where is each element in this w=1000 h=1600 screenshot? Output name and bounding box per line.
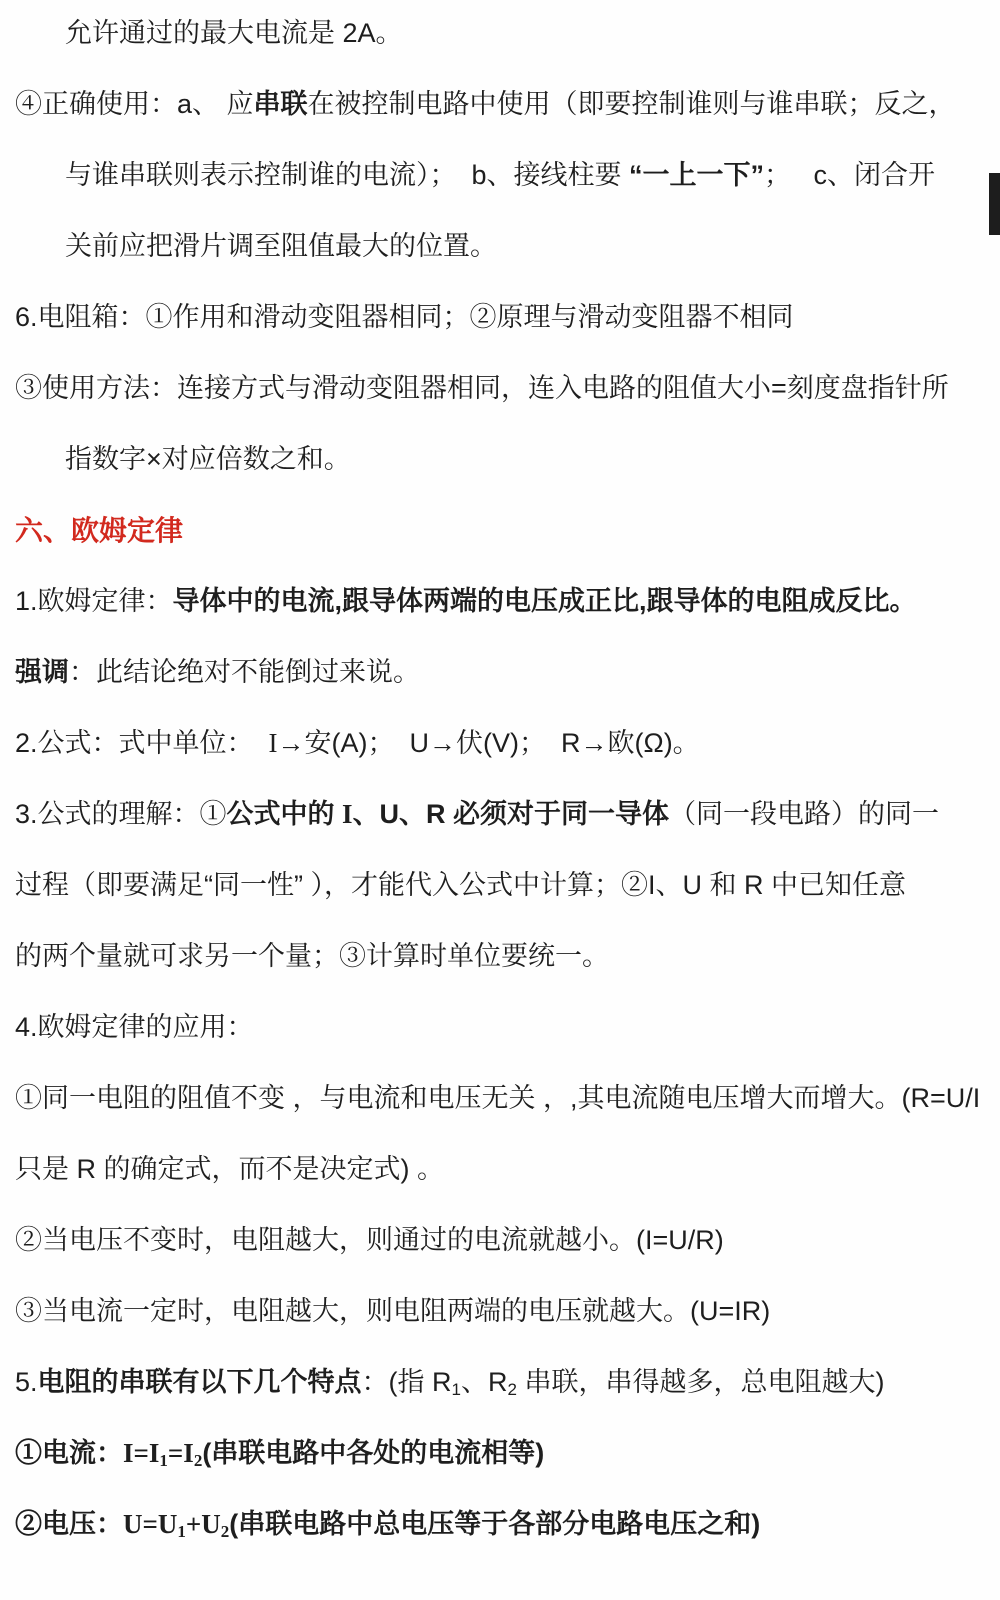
text-run: 、U、R 必须对于同一导体: [353, 799, 670, 829]
text-line: 1.欧姆定律：导体中的电流,跟导体两端的电压成正比,跟导体的电阻成反比。: [0, 566, 1000, 637]
text-line: ②电压：U=U1+U2(串联电路中总电压等于各部分电路电压之和): [0, 1489, 1000, 1560]
text-run: ④正确使用：a、 应: [15, 89, 254, 119]
text-run: U=U: [123, 1509, 177, 1539]
text-run: 1.欧姆定律：: [15, 586, 173, 616]
text-line: ③当电流一定时，电阻越大，则电阻两端的电压就越大。(U=IR): [0, 1276, 1000, 1347]
text-run: 关前应把滑片调至阻值最大的位置。: [65, 231, 497, 261]
text-line: ②当电压不变时，电阻越大，则通过的电流就越小。(I=U/R): [0, 1205, 1000, 1276]
text-run: (串联电路中总电压等于各部分电路电压之和): [229, 1509, 760, 1539]
text-run: 6.电阻箱：①作用和滑动变阻器相同；②原理与滑动变阻器不相同: [15, 302, 794, 332]
text-line: 指数字×对应倍数之和。: [0, 424, 1000, 495]
text-run: 2: [221, 1522, 230, 1541]
text-run: =I: [168, 1438, 194, 1468]
text-line: ①同一电阻的阻值不变 ，与电流和电压无关 ，,其电流随电压增大而增大。(R=U/…: [0, 1063, 1000, 1134]
section-heading: 六、欧姆定律: [0, 495, 1000, 566]
text-run: ：(指 R: [362, 1367, 452, 1397]
text-run: 的两个量就可求另一个量；③计算时单位要统一。: [15, 941, 609, 971]
text-run: ②电压：: [15, 1509, 123, 1539]
text-run: 强调: [15, 657, 69, 687]
text-run: ； c、闭合开: [764, 160, 935, 190]
text-run: （同一段电路）的同一: [669, 799, 939, 829]
text-line: 与谁串联则表示控制谁的电流）； b、接线柱要 “一上一下”； c、闭合开: [0, 140, 1000, 211]
text-run: →安(A)； U→伏(V)； R→欧(Ω)。: [278, 728, 700, 758]
text-line: 允许通过的最大电流是 2A。: [0, 0, 1000, 69]
text-run: 在被控制电路中使用（即要控制谁则与谁串联；反之，: [308, 89, 956, 119]
text-run: 只是 R 的确定式，而不是决定式) 。: [15, 1154, 444, 1184]
scrollbar-track[interactable]: [989, 0, 1000, 1600]
text-run: 1: [177, 1522, 186, 1541]
text-line: 只是 R 的确定式，而不是决定式) 。: [0, 1134, 1000, 1205]
text-run: 电阻的串联有以下几个特点: [38, 1367, 362, 1397]
text-line: ①电流：I=I1=I2(串联电路中各处的电流相等): [0, 1418, 1000, 1489]
heading-text: 六、欧姆定律: [15, 515, 183, 546]
text-line: 强调：此结论绝对不能倒过来说。: [0, 637, 1000, 708]
scrollbar-thumb[interactable]: [989, 173, 1000, 235]
text-run: 1: [159, 1451, 168, 1470]
text-line: 的两个量就可求另一个量；③计算时单位要统一。: [0, 921, 1000, 992]
text-line: 3.公式的理解：①公式中的 I、U、R 必须对于同一导体（同一段电路）的同一: [0, 779, 1000, 850]
text-run: +U: [186, 1509, 221, 1539]
text-run: 允许通过的最大电流是 2A。: [65, 18, 403, 48]
text-run: 、R: [461, 1367, 508, 1397]
text-run: 1: [452, 1380, 461, 1399]
text-line: 2.公式：式中单位： I→安(A)； U→伏(V)； R→欧(Ω)。: [0, 708, 1000, 779]
text-run: 导体中的电流,跟导体两端的电压成正比,跟导体的电阻成反比。: [173, 586, 917, 616]
text-run: 指数字×对应倍数之和。: [65, 444, 351, 474]
text-run: 公式中的: [227, 799, 343, 829]
text-line: ④正确使用：a、 应串联在被控制电路中使用（即要控制谁则与谁串联；反之，: [0, 69, 1000, 140]
text-run: ③当电流一定时，电阻越大，则电阻两端的电压就越大。(U=IR): [15, 1296, 770, 1326]
text-line: 5.电阻的串联有以下几个特点：(指 R1、R2 串联，串得越多，总电阻越大): [0, 1347, 1000, 1418]
text-line: 6.电阻箱：①作用和滑动变阻器相同；②原理与滑动变阻器不相同: [0, 282, 1000, 353]
text-line: 关前应把滑片调至阻值最大的位置。: [0, 211, 1000, 282]
text-line: ③使用方法：连接方式与滑动变阻器相同，连入电路的阻值大小=刻度盘指针所: [0, 353, 1000, 424]
text-line: 过程（即要满足“同一性” ），才能代入公式中计算；②I、U 和 R 中已知任意: [0, 850, 1000, 921]
document-page: 允许通过的最大电流是 2A。④正确使用：a、 应串联在被控制电路中使用（即要控制…: [0, 0, 1000, 1560]
text-run: 4.欧姆定律的应用：: [15, 1012, 254, 1042]
text-run: 串联: [254, 89, 308, 119]
text-run: ：此结论绝对不能倒过来说。: [69, 657, 420, 687]
text-run: I: [269, 728, 278, 758]
text-run: 2.公式：式中单位：: [15, 728, 269, 758]
text-run: 5.: [15, 1367, 38, 1397]
text-run: ①电流：: [15, 1438, 123, 1468]
text-line: 4.欧姆定律的应用：: [0, 992, 1000, 1063]
text-run: ②当电压不变时，电阻越大，则通过的电流就越小。(I=U/R): [15, 1225, 724, 1255]
text-run: 过程（即要满足“同一性” ），才能代入公式中计算；②I、U 和 R 中已知任意: [15, 870, 906, 900]
text-run: 串联，串得越多，总电阻越大): [517, 1367, 885, 1397]
text-run: “一上一下”: [629, 160, 764, 190]
text-run: I: [342, 799, 353, 829]
text-run: 3.公式的理解：①: [15, 799, 227, 829]
text-run: 2: [508, 1380, 517, 1399]
text-run: ③使用方法：连接方式与滑动变阻器相同，连入电路的阻值大小=刻度盘指针所: [15, 373, 949, 403]
text-run: 与谁串联则表示控制谁的电流）； b、接线柱要: [65, 160, 629, 190]
text-run: (串联电路中各处的电流相等): [202, 1438, 544, 1468]
text-run: I=I: [123, 1438, 159, 1468]
text-run: ①同一电阻的阻值不变 ，与电流和电压无关 ，,其电流随电压增大而增大。(R=U/…: [15, 1083, 980, 1113]
